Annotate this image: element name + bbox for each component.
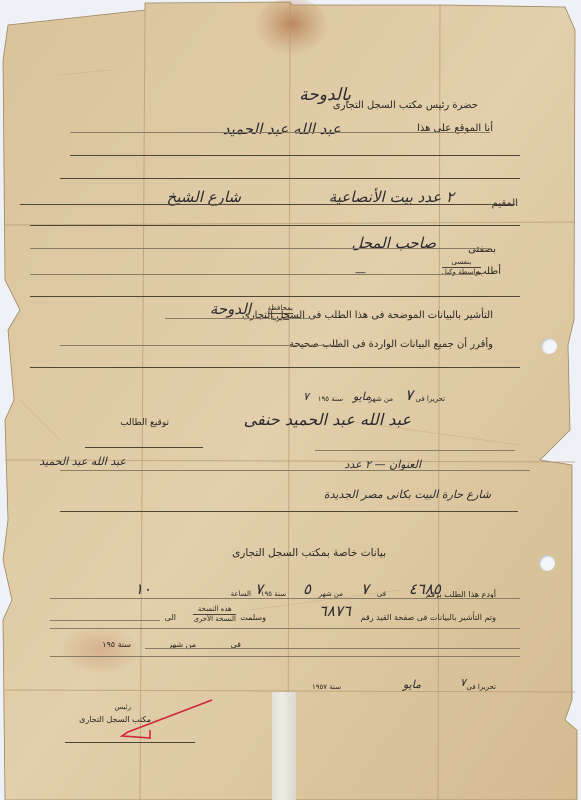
this-copy-option: هذه النسخة <box>193 605 236 614</box>
deposit-day: ٧ <box>361 580 369 598</box>
governorate-option: بمحافظة <box>268 304 294 313</box>
month-value: مايو <box>353 390 371 403</box>
year-label: سنة ١٩٥ <box>318 395 343 403</box>
underline <box>30 248 490 249</box>
month-label: من شهر <box>369 395 393 403</box>
capacity-value: صاحب المحل <box>351 234 436 252</box>
copy-options: هذه النسخة النسخة الأخرى <box>193 605 236 624</box>
request-option-self: بنفسى <box>442 258 481 267</box>
office-written-year: سنة ١٩٥٧ <box>312 683 341 691</box>
address-line-2: شارع حارة البيت بكانى مصر الجديدة <box>324 488 491 501</box>
rule <box>70 155 520 156</box>
registrar-signature-line <box>65 742 195 743</box>
office-written-on-label: تحريرا فى <box>467 683 497 691</box>
undersigned-value: عبد الله عبد الحميد <box>223 120 341 138</box>
deposit-month: ٥ <box>303 580 311 598</box>
deposit-month-label: من شهر <box>319 590 343 598</box>
registrar-title-2: مكتب السجل التجارى <box>79 715 151 724</box>
underline <box>30 274 480 275</box>
underline <box>60 345 340 346</box>
left-signature: عبد الله عبد الحميد <box>39 455 126 468</box>
signature-line <box>85 447 203 448</box>
office-written-month: مايو <box>403 678 421 691</box>
rule <box>30 296 520 297</box>
rule <box>60 511 518 512</box>
governorate-options: بمحافظة مديرية <box>268 304 294 323</box>
year-value: ٧ <box>303 390 309 403</box>
underline <box>165 318 315 319</box>
entry-number: ٦٨٧٦ <box>319 602 351 620</box>
sent-label: وسلمت <box>240 613 266 622</box>
capacity-label: بصفتى <box>468 244 496 255</box>
deposit-number: ٤٦٨٥ <box>409 580 441 598</box>
written-on-label: تحريرا فى <box>416 395 446 403</box>
rule <box>60 178 520 179</box>
other-copy-option: النسخة الأخرى <box>193 614 236 624</box>
rule <box>20 204 515 205</box>
scanned-document: حضرة رئيس مكتب السجل التجارى بالدوحة أنا… <box>0 0 581 800</box>
deposit-year-label: سنة ١٩٥ <box>261 590 286 598</box>
underline <box>50 620 160 621</box>
year-label-bottom: سنة ١٩٥ <box>102 640 131 649</box>
deposit-on-label: فى <box>377 590 386 598</box>
office-written-on-day: ٧ <box>460 676 466 689</box>
punch-hole <box>539 555 555 571</box>
deposit-year: ٧ <box>255 580 263 598</box>
hour-value: ١٠ <box>135 580 151 598</box>
rule <box>50 628 520 629</box>
hour-label: الساعة <box>231 590 251 598</box>
registrar-title-1: رئيس <box>115 703 131 711</box>
applicant-signature-label: توقيع الطالب <box>120 418 169 428</box>
request-option-agent: بواسطة وكيل <box>442 267 481 277</box>
underline <box>315 450 515 451</box>
governorate-value: الدوحة <box>210 300 251 318</box>
salutation-city: بالدوحة <box>299 85 351 105</box>
punch-hole <box>541 338 557 354</box>
rule <box>50 656 520 657</box>
written-on-day: ٧ <box>405 386 413 404</box>
entry-label: وتم التأشير بالبيانات فى صفحة القيد رقم <box>361 613 496 622</box>
rule <box>60 470 530 471</box>
request-value: — <box>355 266 366 279</box>
office-section-title: بيانات خاصة بمكتب السجل التجارى <box>232 547 386 559</box>
rule <box>50 598 520 599</box>
salutation: حضرة رئيس مكتب السجل التجارى <box>333 100 478 111</box>
underline <box>145 648 520 649</box>
adhesive-tape <box>272 692 296 800</box>
rule <box>30 367 520 368</box>
rule <box>30 225 520 226</box>
to-label: الى <box>165 613 176 622</box>
applicant-signature-value: عبد الله عبد الحميد حنفى <box>244 410 411 429</box>
underline <box>70 132 490 133</box>
